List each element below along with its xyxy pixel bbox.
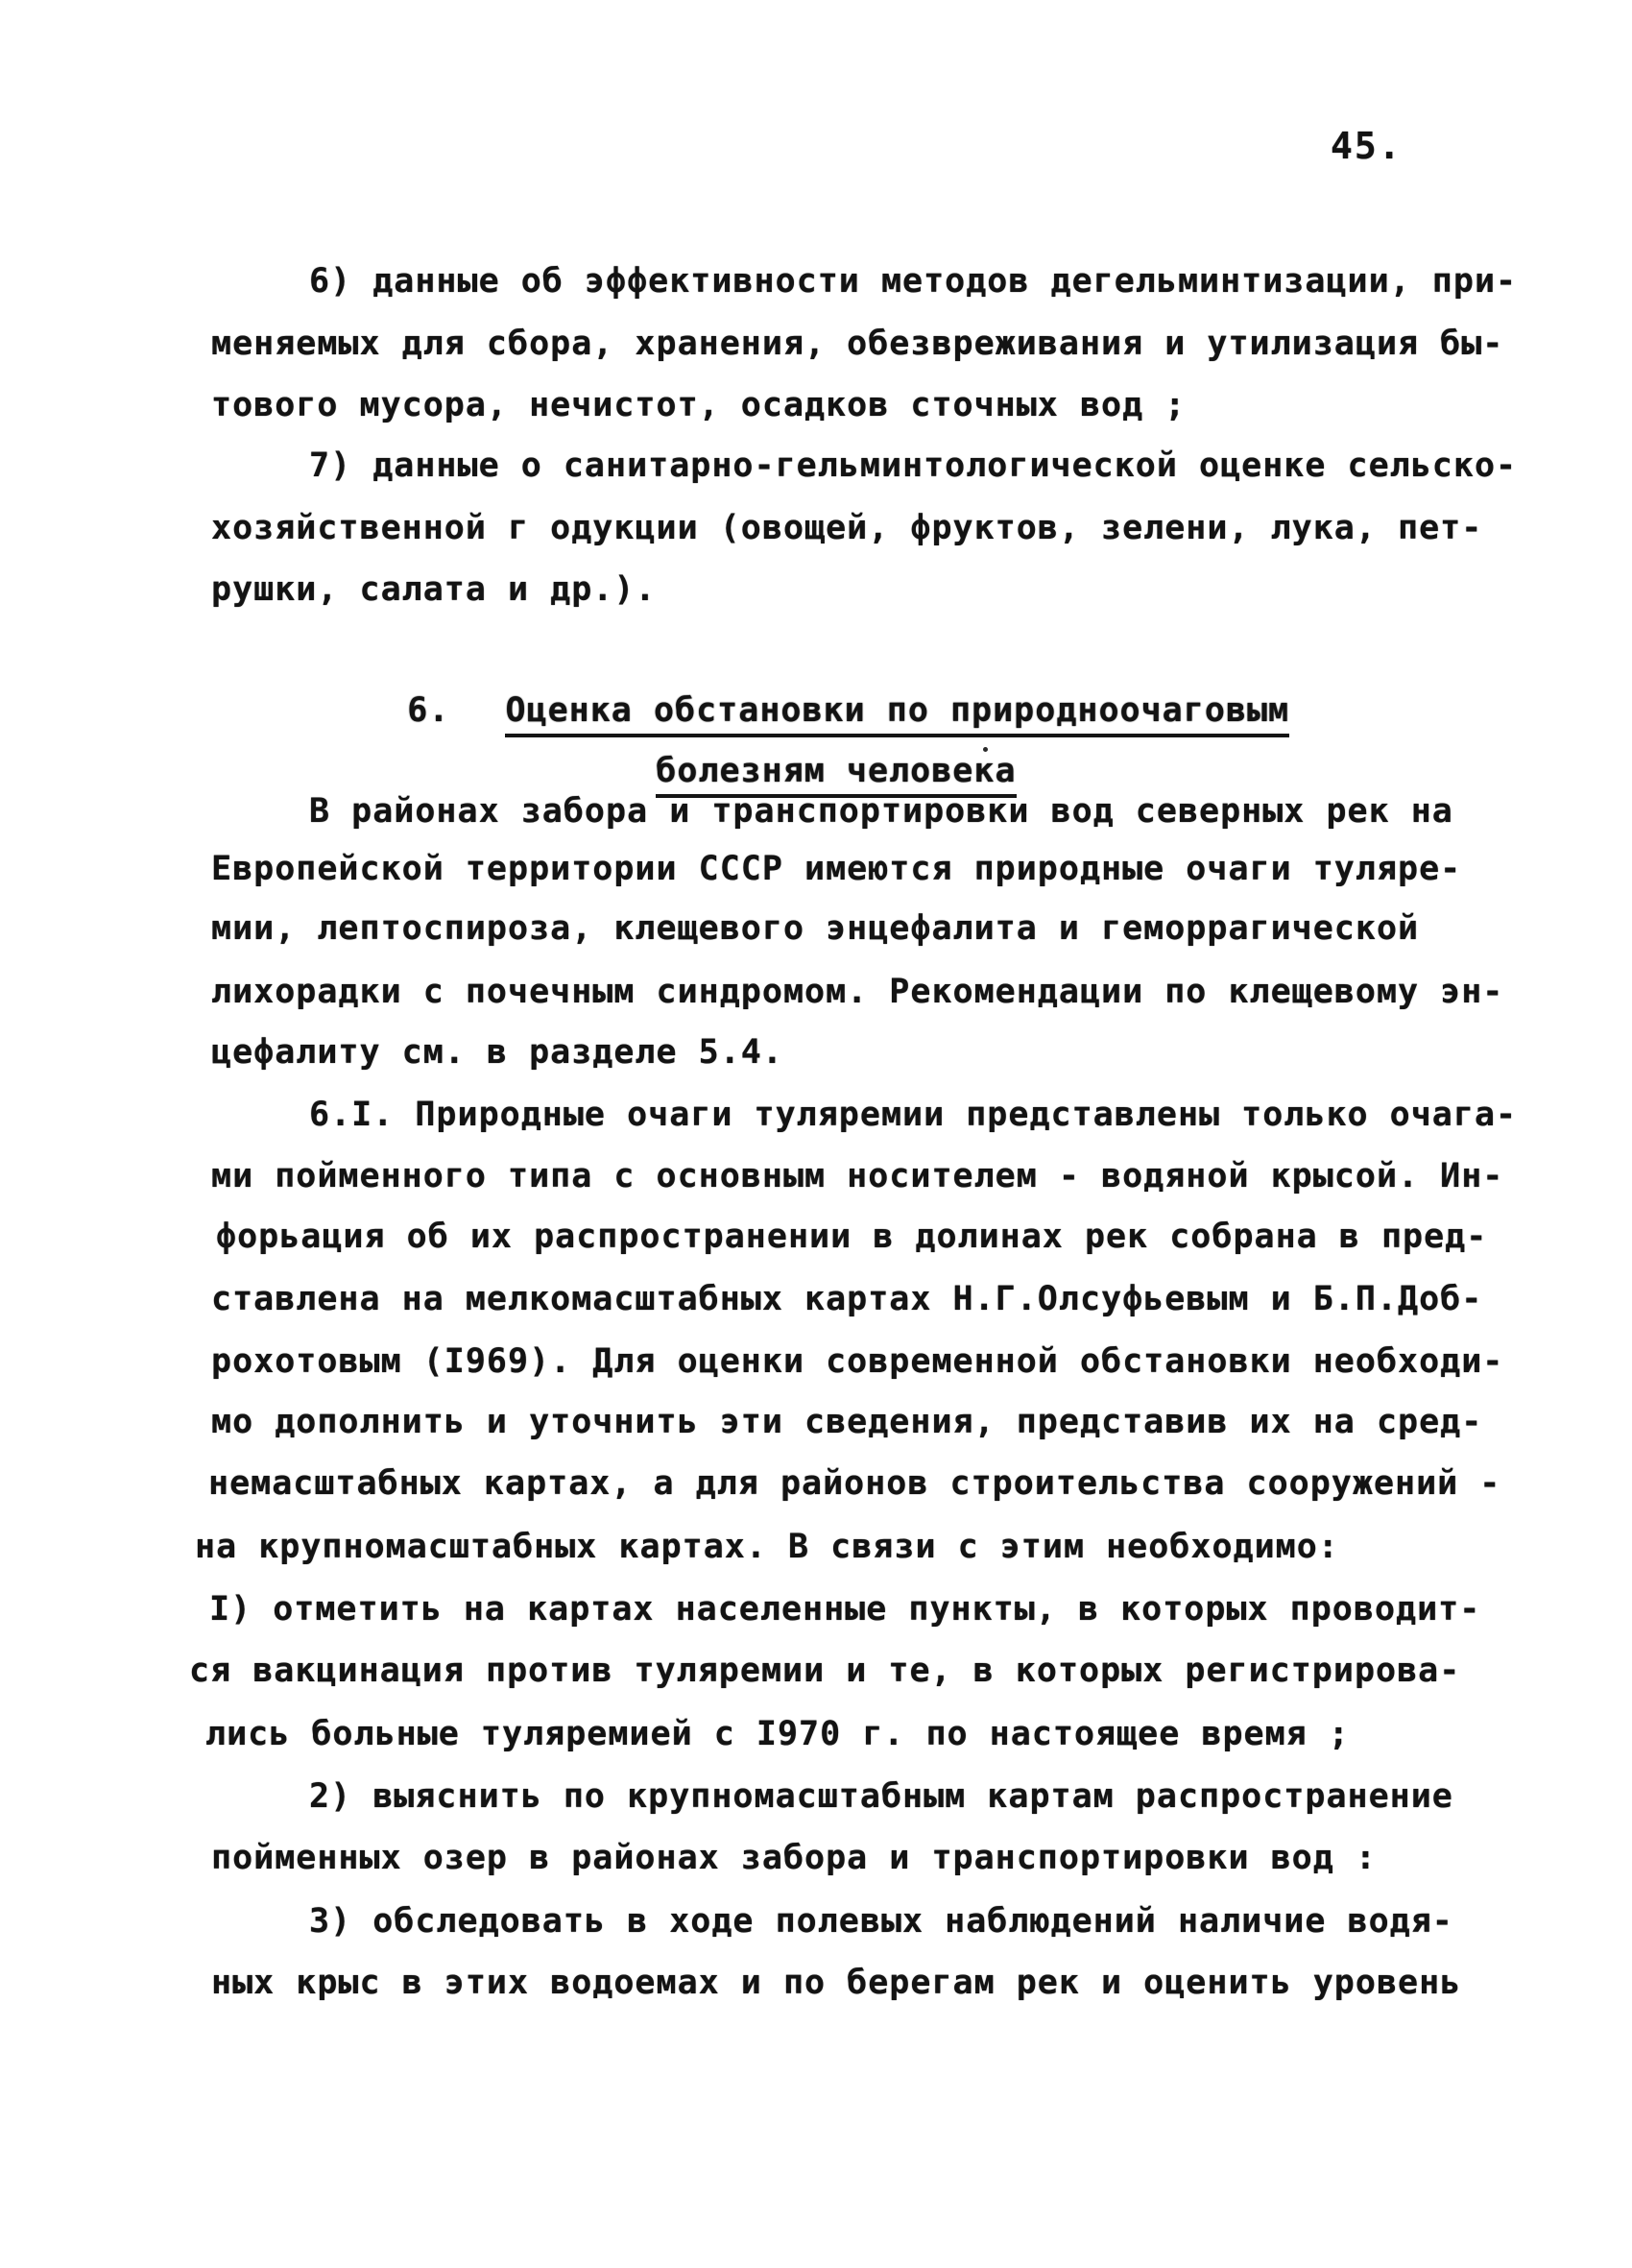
text-line: I) отметить на картах населенные пункты,… xyxy=(209,1590,1480,1642)
text-line: ных крыс в этих водоемах и по берегам ре… xyxy=(211,1964,1461,2015)
document-page: 45. 6) данные об эффективности методов д… xyxy=(0,0,1632,2268)
text-line: на крупномасштабных картах. В связи с эт… xyxy=(195,1528,1339,1580)
page-number: 45. xyxy=(1331,125,1403,167)
text-line: рохотовым (I969). Для оценки современной… xyxy=(211,1342,1503,1394)
text-line: цефалиту см. в разделе 5.4. xyxy=(211,1033,783,1085)
section-number: 6. xyxy=(407,691,449,730)
text-line: немасштабных картах, а для районов строи… xyxy=(208,1464,1500,1516)
text-line: 7) данные о санитарно-гельминтологическо… xyxy=(309,446,1517,498)
text-line: мии, лептоспироза, клещевого энцефалита … xyxy=(211,909,1419,961)
section-title-line2: болезням человека xyxy=(656,752,1016,798)
text-line: пойменных озер в районах забора и трансп… xyxy=(211,1839,1377,1891)
text-line: ми пойменного типа с основным носителем … xyxy=(211,1157,1503,1209)
text-line: 3) обследовать в ходе полевых наблюдений… xyxy=(309,1902,1453,1954)
text-line: лихорадки с почечным синдромом. Рекоменд… xyxy=(211,973,1503,1025)
text-line: Европейской территории СССР имеются прир… xyxy=(211,850,1461,902)
text-line: хозяйственной г одукции (овощей, фруктов… xyxy=(211,509,1482,561)
text-line: мо дополнить и уточнить эти сведения, пр… xyxy=(211,1403,1482,1455)
text-line: форьация об их распространении в долинах… xyxy=(216,1218,1487,1269)
text-line: 6.I. Природные очаги туляремии представл… xyxy=(309,1096,1517,1147)
text-line: ся вакцинация против туляремии и те, в к… xyxy=(189,1652,1460,1703)
text-line: ставлена на мелкомасштабных картах Н.Г.О… xyxy=(211,1280,1482,1332)
text-line: 2) выяснить по крупномасштабным картам р… xyxy=(309,1777,1453,1829)
text-line: В районах забора и транспортировки вод с… xyxy=(309,792,1453,844)
scan-artifact-dot xyxy=(983,747,988,752)
text-line: 6) данные об эффективности методов дегел… xyxy=(309,262,1517,314)
text-line: меняемых для сбора, хранения, обезврежив… xyxy=(211,325,1503,376)
text-line: рушки, салата и др.). xyxy=(211,570,657,622)
text-line: лись больные туляремией с I970 г. по нас… xyxy=(205,1715,1350,1767)
text-line: тового мусора, нечистот, осадков сточных… xyxy=(211,386,1186,438)
scan-artifact-dot xyxy=(1388,870,1393,875)
